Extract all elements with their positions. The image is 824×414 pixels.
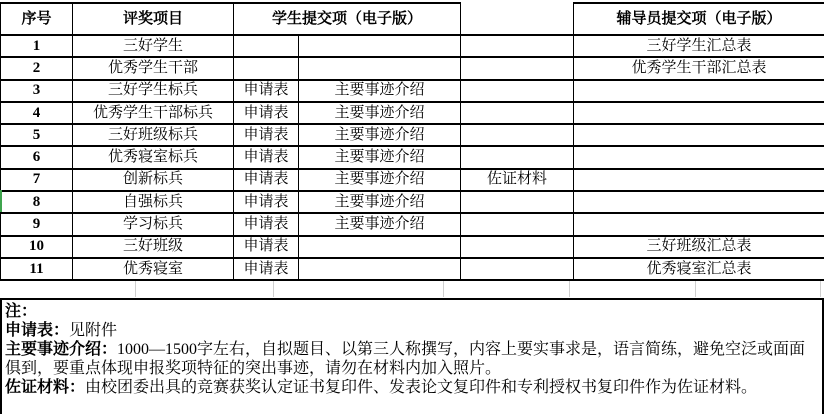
- note-label: 佐证材料：: [5, 379, 85, 396]
- cell-counselor[interactable]: [574, 169, 824, 191]
- note-label: 申请表：: [5, 322, 69, 339]
- cell-seq[interactable]: 8: [1, 191, 73, 213]
- cell-seq[interactable]: 6: [1, 146, 73, 168]
- table-row: 2优秀学生干部优秀学生干部汇总表: [1, 57, 824, 79]
- cell-evidence[interactable]: [461, 258, 574, 280]
- header-evidence-empty[interactable]: [461, 3, 574, 35]
- note-line: 俱到，要重点体现申报奖项特征的突出事迹，请勿在材料内加入照片。: [5, 359, 818, 378]
- cell-evidence[interactable]: [461, 191, 574, 213]
- cell-project[interactable]: 三好班级标兵: [73, 124, 234, 146]
- cell-evidence[interactable]: [461, 124, 574, 146]
- gridline: [695, 281, 696, 297]
- note-line: 注：: [5, 302, 818, 321]
- cell-counselor[interactable]: [574, 102, 824, 124]
- selection-indicator: [0, 190, 2, 212]
- cell-deeds[interactable]: 主要事迹介绍: [299, 213, 461, 235]
- note-text: 俱到，要重点体现申报奖项特征的突出事迹，请勿在材料内加入照片。: [5, 360, 501, 377]
- table-row: 4优秀学生干部标兵申请表主要事迹介绍: [1, 102, 824, 124]
- cell-seq[interactable]: 9: [1, 213, 73, 235]
- note-line: 主要事迹介绍：1000—1500字左右，自拟题目、以第三人称撰写，内容上要实事求…: [5, 340, 818, 359]
- table-row: 11优秀寝室申请表优秀寝室汇总表: [1, 258, 824, 280]
- cell-seq[interactable]: 2: [1, 57, 73, 79]
- cell-evidence[interactable]: [461, 35, 574, 57]
- note-label: 注：: [5, 303, 37, 320]
- table-row: 10三好班级申请表三好班级汇总表: [1, 236, 824, 258]
- cell-counselor[interactable]: [574, 80, 824, 102]
- cell-deeds[interactable]: 主要事迹介绍: [299, 102, 461, 124]
- gridline: [569, 281, 570, 297]
- cell-project[interactable]: 创新标兵: [73, 169, 234, 191]
- note-label: 主要事迹介绍：: [5, 341, 117, 358]
- notes-box[interactable]: 注：申请表：见附件主要事迹介绍：1000—1500字左右，自拟题目、以第三人称撰…: [0, 298, 824, 414]
- header-student-items[interactable]: 学生提交项（电子版）: [234, 3, 461, 35]
- table-row: 8自强标兵申请表主要事迹介绍: [1, 191, 824, 213]
- cell-application[interactable]: 申请表: [234, 124, 299, 146]
- cell-counselor[interactable]: 三好班级汇总表: [574, 236, 824, 258]
- cell-deeds[interactable]: 主要事迹介绍: [299, 146, 461, 168]
- cell-deeds[interactable]: 主要事迹介绍: [299, 80, 461, 102]
- cell-project[interactable]: 自强标兵: [73, 191, 234, 213]
- table-row: 1三好学生三好学生汇总表: [1, 35, 824, 57]
- table-row: 6优秀寝室标兵申请表主要事迹介绍: [1, 146, 824, 168]
- cell-application[interactable]: 申请表: [234, 258, 299, 280]
- cell-counselor[interactable]: [574, 146, 824, 168]
- cell-application[interactable]: [234, 35, 299, 57]
- cell-seq[interactable]: 3: [1, 80, 73, 102]
- cell-project[interactable]: 优秀寝室: [73, 258, 234, 280]
- cell-project[interactable]: 三好学生标兵: [73, 80, 234, 102]
- cell-seq[interactable]: 1: [1, 35, 73, 57]
- cell-deeds[interactable]: [299, 236, 461, 258]
- cell-deeds[interactable]: 主要事迹介绍: [299, 169, 461, 191]
- note-text: 1000—1500字左右，自拟题目、以第三人称撰写，内容上要实事求是，语言简练，…: [117, 341, 805, 358]
- cell-counselor[interactable]: [574, 124, 824, 146]
- cell-project[interactable]: 三好学生: [73, 35, 234, 57]
- cell-application[interactable]: 申请表: [234, 213, 299, 235]
- spreadsheet-area: 序号 评奖项目 学生提交项（电子版） 辅导员提交项（电子版） 1三好学生三好学生…: [0, 2, 824, 281]
- header-seq[interactable]: 序号: [1, 3, 73, 35]
- table-row: 7创新标兵申请表主要事迹介绍佐证材料: [1, 169, 824, 191]
- cell-seq[interactable]: 10: [1, 236, 73, 258]
- cell-project[interactable]: 优秀学生干部: [73, 57, 234, 79]
- cell-application[interactable]: 申请表: [234, 236, 299, 258]
- awards-table: 序号 评奖项目 学生提交项（电子版） 辅导员提交项（电子版） 1三好学生三好学生…: [0, 2, 824, 281]
- cell-seq[interactable]: 7: [1, 169, 73, 191]
- cell-deeds[interactable]: 主要事迹介绍: [299, 191, 461, 213]
- cell-counselor[interactable]: 三好学生汇总表: [574, 35, 824, 57]
- cell-counselor[interactable]: [574, 191, 824, 213]
- cell-deeds[interactable]: 主要事迹介绍: [299, 124, 461, 146]
- cell-deeds[interactable]: [299, 258, 461, 280]
- gridline: [820, 281, 821, 297]
- table-row: 5三好班级标兵申请表主要事迹介绍: [1, 124, 824, 146]
- table-row: 3三好学生标兵申请表主要事迹介绍: [1, 80, 824, 102]
- cell-project[interactable]: 学习标兵: [73, 213, 234, 235]
- header-counselor-items[interactable]: 辅导员提交项（电子版）: [574, 3, 824, 35]
- cell-seq[interactable]: 11: [1, 258, 73, 280]
- cell-evidence[interactable]: [461, 102, 574, 124]
- cell-application[interactable]: 申请表: [234, 146, 299, 168]
- note-text: 由校团委出具的竞赛获奖认定证书复印件、发表论文复印件和专利授权书复印件作为佐证材…: [85, 379, 757, 396]
- note-line: 申请表：见附件: [5, 321, 818, 340]
- cell-deeds[interactable]: [299, 35, 461, 57]
- cell-counselor[interactable]: 优秀寝室汇总表: [574, 258, 824, 280]
- cell-evidence[interactable]: [461, 57, 574, 79]
- cell-project[interactable]: 三好班级: [73, 236, 234, 258]
- cell-application[interactable]: 申请表: [234, 191, 299, 213]
- cell-deeds[interactable]: [299, 57, 461, 79]
- table-row: 9学习标兵申请表主要事迹介绍: [1, 213, 824, 235]
- note-text: 见附件: [69, 322, 117, 339]
- cell-application[interactable]: [234, 57, 299, 79]
- cell-application[interactable]: 申请表: [234, 102, 299, 124]
- cell-seq[interactable]: 4: [1, 102, 73, 124]
- header-row: 序号 评奖项目 学生提交项（电子版） 辅导员提交项（电子版）: [1, 3, 824, 35]
- gridline: [443, 281, 444, 297]
- cell-evidence[interactable]: 佐证材料: [461, 169, 574, 191]
- cell-application[interactable]: 申请表: [234, 80, 299, 102]
- cell-evidence[interactable]: [461, 213, 574, 235]
- note-line: 佐证材料：由校团委出具的竞赛获奖认定证书复印件、发表论文复印件和专利授权书复印件…: [5, 378, 818, 397]
- cell-evidence[interactable]: [461, 80, 574, 102]
- cell-counselor[interactable]: [574, 213, 824, 235]
- header-project[interactable]: 评奖项目: [73, 3, 234, 35]
- cell-evidence[interactable]: [461, 146, 574, 168]
- cell-project[interactable]: 优秀学生干部标兵: [73, 102, 234, 124]
- cell-evidence[interactable]: [461, 236, 574, 258]
- gridline: [273, 281, 274, 297]
- cell-application[interactable]: 申请表: [234, 169, 299, 191]
- gridline: [135, 281, 136, 297]
- cell-project[interactable]: 优秀寝室标兵: [73, 146, 234, 168]
- cell-seq[interactable]: 5: [1, 124, 73, 146]
- cell-counselor[interactable]: 优秀学生干部汇总表: [574, 57, 824, 79]
